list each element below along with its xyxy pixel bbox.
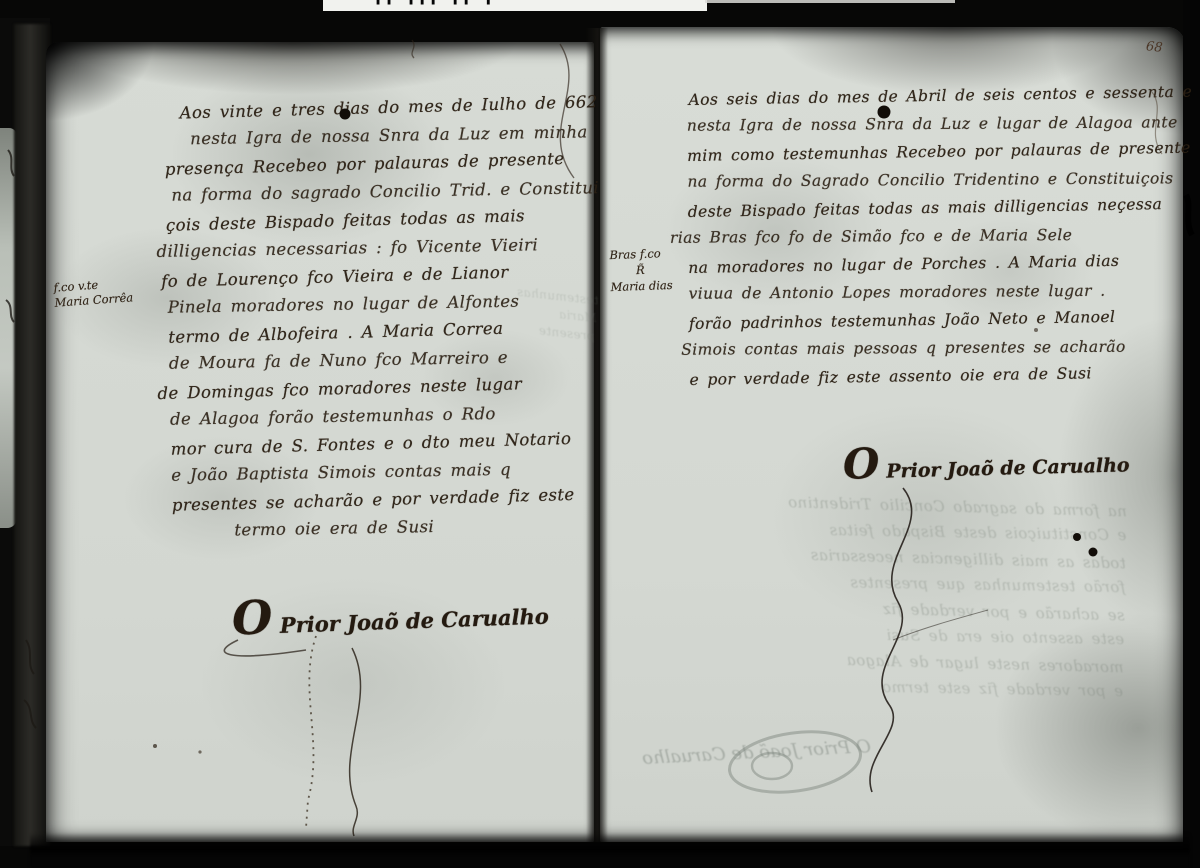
right-bleedthrough-text: na forma do sagrado Concilio Tridentino …	[653, 487, 1127, 705]
right-margin-note: Bras f.co R̃ Maria dias	[609, 245, 673, 295]
book-bottom-edge	[30, 833, 1190, 868]
rubrica-mark: R̃	[636, 261, 673, 278]
microfilm-frame: ▮▮ ▮▮▮ ▮▮ ▮ 68 f.co v.te Maria Corrêa Ao…	[0, 0, 1200, 868]
left-binding-band	[14, 24, 50, 846]
margin-note-line: Maria dias	[610, 277, 673, 295]
film-strip-sliver	[705, 0, 955, 3]
right-page-edge	[1183, 0, 1200, 868]
left-bleedthrough-text: testemunhas Maria presente	[494, 281, 599, 345]
prior-signature-left: O Prior Joaõ de Carualho	[231, 580, 549, 645]
right-record-text: Aos seis dias do mes de Abril de seis ce…	[686, 79, 1169, 392]
prior-signature-right: O Prior Joaõ de Carualho	[842, 432, 1130, 488]
left-margin-note: f.co v.te Maria Corrêa	[53, 275, 134, 310]
film-strip-truncated-text: ▮▮ ▮▮▮ ▮▮ ▮	[375, 0, 496, 7]
film-strip-remnant: ▮▮ ▮▮▮ ▮▮ ▮	[323, 0, 707, 11]
folio-number: 68	[1145, 39, 1163, 56]
